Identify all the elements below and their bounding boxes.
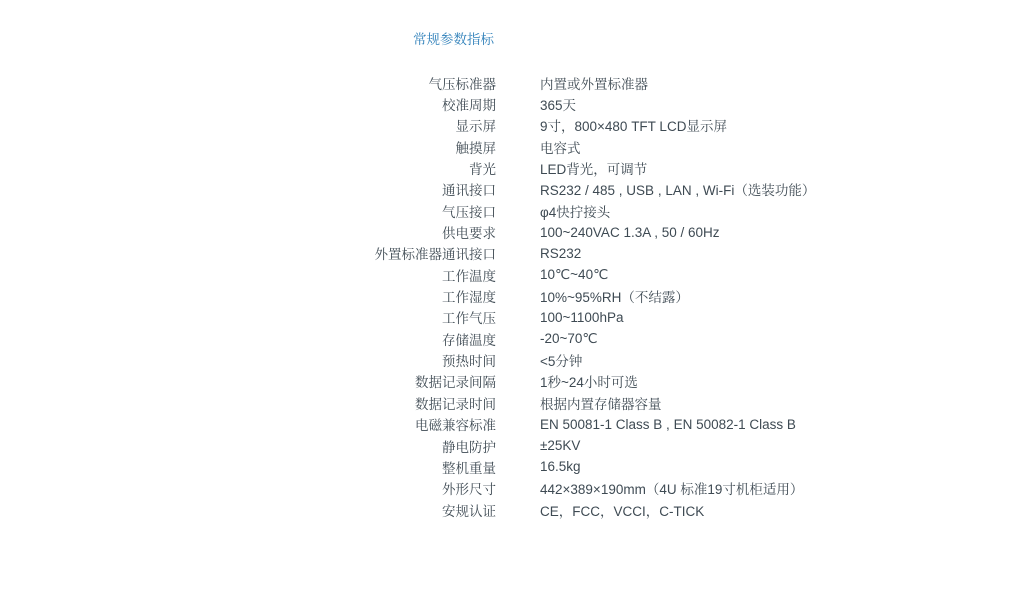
spec-label: 触摸屏 bbox=[0, 137, 496, 157]
spec-value: 100~1100hPa bbox=[496, 310, 623, 325]
spec-label: 显示屏 bbox=[0, 115, 496, 135]
spec-row: 预热时间<5分钟 bbox=[0, 349, 1029, 370]
spec-row: 供电要求100~240VAC 1.3A , 50 / 60Hz bbox=[0, 221, 1029, 242]
spec-value: RS232 / 485 , USB , LAN , Wi-Fi（选装功能） bbox=[496, 179, 815, 199]
spec-label: 电磁兼容标准 bbox=[0, 414, 496, 434]
spec-label: 工作温度 bbox=[0, 265, 496, 285]
spec-value: RS232 bbox=[496, 246, 581, 261]
spec-row: 通讯接口RS232 / 485 , USB , LAN , Wi-Fi（选装功能… bbox=[0, 179, 1029, 200]
spec-label: 存储温度 bbox=[0, 329, 496, 349]
spec-value: EN 50081-1 Class B , EN 50082-1 Class B bbox=[496, 417, 796, 432]
spec-value: 365天 bbox=[496, 94, 576, 114]
spec-row: 安规认证CE，FCC，VCCI，C-TICK bbox=[0, 499, 1029, 520]
spec-row: 数据记录时间根据内置存储器容量 bbox=[0, 392, 1029, 413]
spec-label: 校准周期 bbox=[0, 94, 496, 114]
spec-label: 静电防护 bbox=[0, 436, 496, 456]
spec-value: 442×389×190mm（4U 标准19寸机柜适用） bbox=[496, 478, 803, 498]
spec-row: 电磁兼容标准EN 50081-1 Class B , EN 50082-1 Cl… bbox=[0, 414, 1029, 435]
spec-value: 10℃~40℃ bbox=[496, 267, 608, 283]
spec-value: φ4快拧接头 bbox=[496, 201, 610, 221]
spec-row: 气压标准器内置或外置标准器 bbox=[0, 72, 1029, 93]
spec-row: 外形尺寸442×389×190mm（4U 标准19寸机柜适用） bbox=[0, 478, 1029, 499]
spec-table: 气压标准器内置或外置标准器校准周期365天显示屏9寸，800×480 TFT L… bbox=[0, 72, 1029, 520]
spec-row: 背光LED背光，可调节 bbox=[0, 157, 1029, 178]
spec-label: 工作气压 bbox=[0, 307, 496, 327]
spec-value: 根据内置存储器容量 bbox=[496, 393, 662, 413]
spec-value: 1秒~24小时可选 bbox=[496, 371, 638, 391]
page-title: 常规参数指标 bbox=[413, 32, 494, 48]
spec-value: 9寸，800×480 TFT LCD显示屏 bbox=[496, 115, 727, 135]
spec-row: 外置标准器通讯接口RS232 bbox=[0, 243, 1029, 264]
spec-row: 数据记录间隔1秒~24小时可选 bbox=[0, 371, 1029, 392]
spec-value: 10%~95%RH（不结露） bbox=[496, 286, 689, 306]
spec-row: 存储温度-20~70℃ bbox=[0, 328, 1029, 349]
spec-label: 数据记录间隔 bbox=[0, 371, 496, 391]
spec-value: 电容式 bbox=[496, 137, 581, 157]
spec-label: 外置标准器通讯接口 bbox=[0, 243, 496, 263]
spec-value: <5分钟 bbox=[496, 350, 582, 370]
spec-label: 气压标准器 bbox=[0, 73, 496, 93]
spec-value: 16.5kg bbox=[496, 459, 581, 474]
spec-row: 显示屏9寸，800×480 TFT LCD显示屏 bbox=[0, 115, 1029, 136]
spec-value: 100~240VAC 1.3A , 50 / 60Hz bbox=[496, 225, 720, 240]
spec-label: 整机重量 bbox=[0, 457, 496, 477]
spec-row: 工作气压100~1100hPa bbox=[0, 307, 1029, 328]
spec-label: 安规认证 bbox=[0, 500, 496, 520]
spec-label: 气压接口 bbox=[0, 201, 496, 221]
spec-value: CE，FCC，VCCI，C-TICK bbox=[496, 500, 704, 520]
spec-label: 工作湿度 bbox=[0, 286, 496, 306]
spec-label: 背光 bbox=[0, 158, 496, 178]
spec-value: LED背光，可调节 bbox=[496, 158, 647, 178]
spec-label: 预热时间 bbox=[0, 350, 496, 370]
spec-row: 校准周期365天 bbox=[0, 93, 1029, 114]
spec-label: 通讯接口 bbox=[0, 179, 496, 199]
spec-label: 外形尺寸 bbox=[0, 478, 496, 498]
spec-row: 整机重量16.5kg bbox=[0, 456, 1029, 477]
spec-value: ±25KV bbox=[496, 438, 580, 453]
spec-label: 数据记录时间 bbox=[0, 393, 496, 413]
spec-value: -20~70℃ bbox=[496, 331, 598, 347]
spec-row: 触摸屏电容式 bbox=[0, 136, 1029, 157]
spec-value: 内置或外置标准器 bbox=[496, 73, 648, 93]
spec-row: 工作湿度10%~95%RH（不结露） bbox=[0, 285, 1029, 306]
spec-row: 工作温度10℃~40℃ bbox=[0, 264, 1029, 285]
spec-label: 供电要求 bbox=[0, 222, 496, 242]
spec-row: 静电防护±25KV bbox=[0, 435, 1029, 456]
spec-row: 气压接口φ4快拧接头 bbox=[0, 200, 1029, 221]
